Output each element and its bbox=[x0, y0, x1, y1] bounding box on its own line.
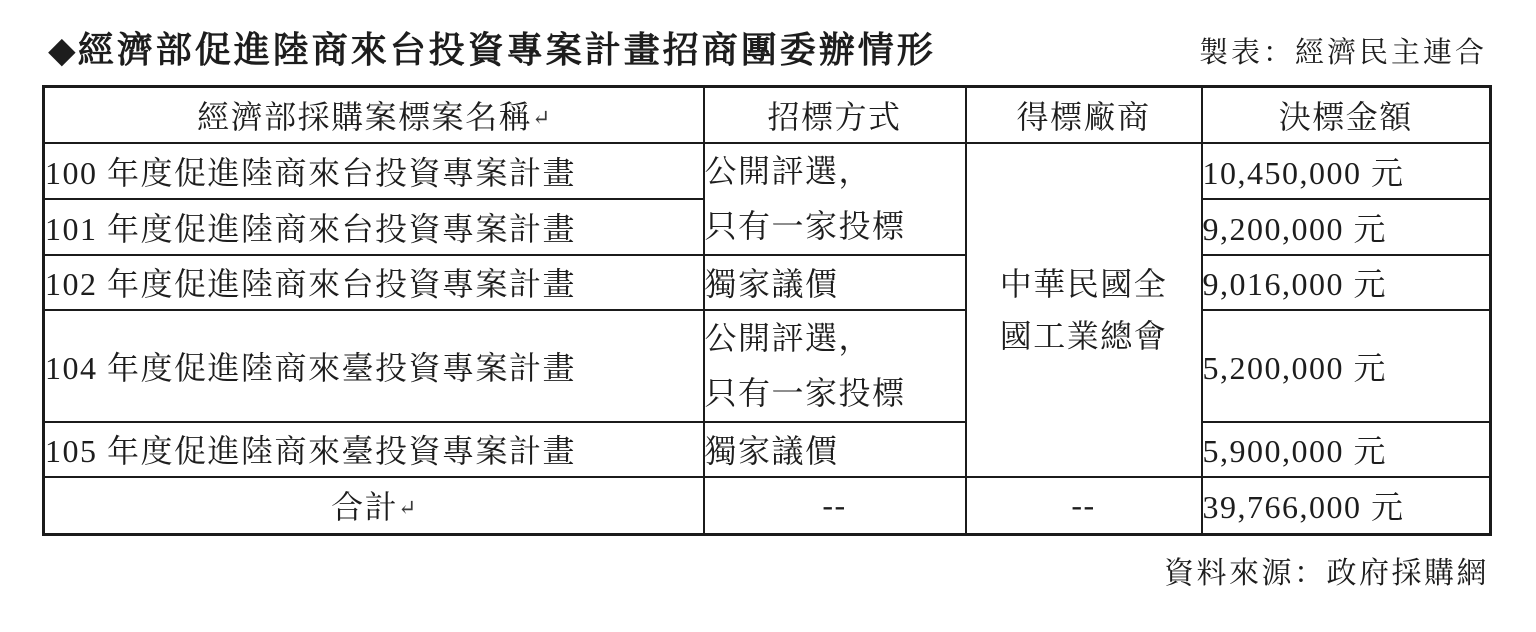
cell-total-method-dash: -- bbox=[704, 477, 966, 535]
cell-amount-102: 9,016,000 元 bbox=[1202, 255, 1491, 310]
cell-total-vendor-dash: -- bbox=[966, 477, 1202, 535]
document-page: ◆經濟部促進陸商來台投資專案計畫招商團委辦情形 製表：經濟民主連合 經濟部採購案… bbox=[0, 0, 1536, 592]
cell-name-102: 102 年度促進陸商來台投資專案計畫 bbox=[44, 255, 704, 310]
table-row: 100 年度促進陸商來台投資專案計畫 公開評選， 只有一家投標 中華民國全 國工… bbox=[44, 143, 1491, 199]
table-total-row: 合計↵ -- -- 39,766,000 元 bbox=[44, 477, 1491, 535]
cell-name-104: 104 年度促進陸商來臺投資專案計畫 bbox=[44, 310, 704, 422]
method-line-1: 公開評選， bbox=[705, 311, 965, 366]
table-row: 102 年度促進陸商來台投資專案計畫 獨家議價 9,016,000 元 bbox=[44, 255, 1491, 310]
header-tender-method: 招標方式 bbox=[704, 87, 966, 143]
cell-total-amount: 39,766,000 元 bbox=[1202, 477, 1491, 535]
cell-total-label: 合計↵ bbox=[44, 477, 704, 535]
page-title: ◆經濟部促進陸商來台投資專案計畫招商團委辦情形 bbox=[48, 22, 936, 73]
byline: 製表：經濟民主連合 bbox=[1199, 30, 1487, 71]
cell-method-102: 獨家議價 bbox=[704, 255, 966, 310]
method-line-1: 公開評選， bbox=[705, 144, 965, 199]
diamond-bullet-icon: ◆ bbox=[48, 30, 76, 70]
procurement-table: 經濟部採購案標案名稱↵ 招標方式 得標廠商 決標金額 100 年度促進陸商來台投… bbox=[42, 85, 1492, 536]
cell-name-100: 100 年度促進陸商來台投資專案計畫 bbox=[44, 143, 704, 199]
table-row: 105 年度促進陸商來臺投資專案計畫 獨家議價 5,900,000 元 bbox=[44, 422, 1491, 477]
document-header: ◆經濟部促進陸商來台投資專案計畫招商團委辦情形 製表：經濟民主連合 bbox=[48, 22, 1487, 73]
page-title-text: 經濟部促進陸商來台投資專案計畫招商團委辦情形 bbox=[78, 30, 936, 70]
total-label-text: 合計 bbox=[331, 489, 398, 525]
cell-name-105: 105 年度促進陸商來臺投資專案計畫 bbox=[44, 422, 704, 477]
header-tender-name: 經濟部採購案標案名稱↵ bbox=[44, 87, 704, 143]
vendor-line-1: 中華民國全 bbox=[967, 258, 1201, 310]
cell-amount-104: 5,200,000 元 bbox=[1202, 310, 1491, 422]
method-line-2: 只有一家投標 bbox=[705, 199, 965, 254]
header-winning-vendor: 得標廠商 bbox=[966, 87, 1202, 143]
cell-method-100-101: 公開評選， 只有一家投標 bbox=[704, 143, 966, 255]
source-note: 資料來源：政府採購網 bbox=[42, 548, 1491, 592]
cell-amount-100: 10,450,000 元 bbox=[1202, 143, 1491, 199]
vendor-line-2: 國工業總會 bbox=[967, 310, 1201, 362]
cell-amount-105: 5,900,000 元 bbox=[1202, 422, 1491, 477]
header-tender-name-text: 經濟部採購案標案名稱 bbox=[197, 99, 532, 135]
return-mark-icon: ↵ bbox=[398, 496, 416, 520]
cell-name-101: 101 年度促進陸商來台投資專案計畫 bbox=[44, 199, 704, 255]
cell-vendor-merged: 中華民國全 國工業總會 bbox=[966, 143, 1202, 477]
cell-method-105: 獨家議價 bbox=[704, 422, 966, 477]
header-award-amount: 決標金額 bbox=[1202, 87, 1491, 143]
return-mark-icon: ↵ bbox=[532, 106, 550, 130]
method-line-2: 只有一家投標 bbox=[705, 366, 965, 421]
cell-amount-101: 9,200,000 元 bbox=[1202, 199, 1491, 255]
table-row: 104 年度促進陸商來臺投資專案計畫 公開評選， 只有一家投標 5,200,00… bbox=[44, 310, 1491, 422]
cell-method-104: 公開評選， 只有一家投標 bbox=[704, 310, 966, 422]
table-header-row: 經濟部採購案標案名稱↵ 招標方式 得標廠商 決標金額 bbox=[44, 87, 1491, 143]
